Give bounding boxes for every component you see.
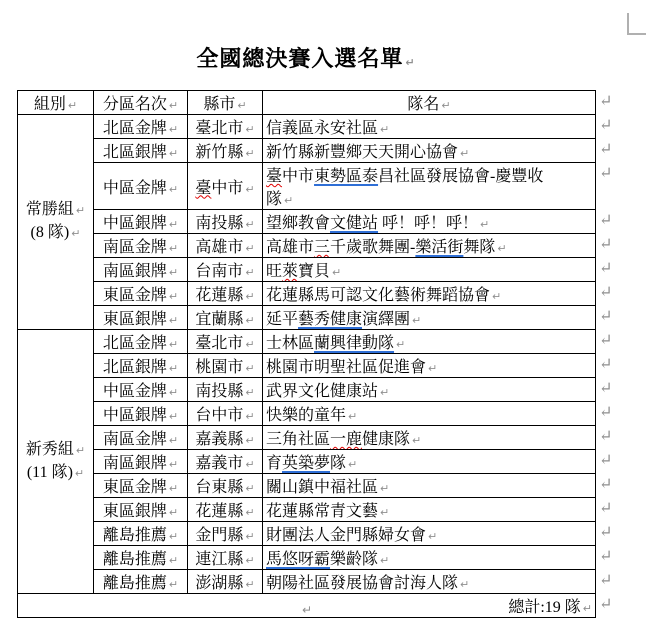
rank-cell[interactable]: 北區金牌↵	[94, 115, 188, 139]
cell-end-mark-icon: ↵	[284, 194, 293, 207]
text-run[interactable]: 連江縣	[195, 551, 243, 568]
cell-end-mark-icon: ↵	[348, 410, 357, 423]
cell-end-mark-icon: ↵	[245, 434, 254, 447]
cell-end-mark-icon: ↵	[380, 554, 389, 567]
team-cell[interactable]: 臺中市東勢區泰昌社區發展協會-慶豐收隊↵	[263, 163, 596, 210]
roster-table[interactable]: 組別↵分區名次↵縣市↵隊名↵↵常勝組↵(8 隊)↵北區金牌↵臺北市↵信義區永安社…	[17, 90, 640, 618]
rank-cell[interactable]: 北區金牌↵	[94, 330, 188, 354]
team-cell[interactable]: 高雄市三千歲歌舞團-樂活街舞隊↵	[263, 234, 596, 258]
table-row: 中區金牌↵臺中市↵臺中市東勢區泰昌社區發展協會-慶豐收隊↵↵	[18, 163, 640, 210]
group-label-line: (8 隊)↵	[21, 222, 90, 245]
rank-cell[interactable]: 北區銀牌↵	[94, 354, 188, 378]
row-end-mark-icon: ↵	[596, 402, 640, 426]
text-run[interactable]: 新竹縣新豐鄉天天開心協會	[266, 144, 458, 161]
text-run[interactable]: 延平	[266, 311, 298, 328]
text-run[interactable]: 千歲歌舞團-	[330, 239, 415, 256]
team-cell[interactable]: 延平藝秀健康演繹團↵	[263, 306, 596, 330]
paragraph-mark-icon: ↵	[405, 56, 415, 69]
rank-cell[interactable]: 離島推薦↵	[94, 546, 188, 570]
cell-end-mark-icon: ↵	[169, 218, 178, 231]
text-run[interactable]: 中市	[211, 180, 243, 197]
county-cell[interactable]: 臺中市↵	[188, 163, 263, 210]
page-title[interactable]: 全國總決賽入選名單↵	[17, 42, 595, 73]
text-run[interactable]: 高雄市	[266, 239, 314, 256]
text-run[interactable]: 台中市	[195, 407, 243, 424]
cell-end-mark-icon: ↵	[245, 290, 254, 303]
roster-table-body: 組別↵分區名次↵縣市↵隊名↵↵常勝組↵(8 隊)↵北區金牌↵臺北市↵信義區永安社…	[18, 91, 640, 618]
cell-end-mark-icon: ↵	[169, 434, 178, 447]
county-cell[interactable]: 臺北市↵	[188, 115, 263, 139]
text-run[interactable]: 中區銀牌	[103, 407, 167, 424]
header-label: 分區名次	[103, 96, 167, 113]
cell-end-mark-icon: ↵	[169, 242, 178, 255]
text-run[interactable]: 朝陽社區發展協會討海人隊	[266, 575, 458, 592]
table-row: 東區銀牌↵花蓮縣↵花蓮縣常青文藝↵↵	[18, 498, 640, 522]
county-cell[interactable]: 金門縣↵	[188, 522, 263, 546]
rank-cell[interactable]: 中區銀牌↵	[94, 402, 188, 426]
cell-end-mark-icon: ↵	[169, 506, 178, 519]
cell-end-mark-icon: ↵	[492, 290, 501, 303]
group-label-text[interactable]: 常勝組	[26, 201, 74, 218]
county-cell[interactable]: 南投縣↵	[188, 210, 263, 234]
text-run[interactable]: 嘉義市	[195, 455, 243, 472]
text-run[interactable]: 中區銀牌	[103, 215, 167, 232]
text-run[interactable]: 台南市	[195, 263, 243, 280]
cell-end-mark-icon: ↵	[245, 578, 254, 591]
cell-end-mark-icon: ↵	[169, 578, 178, 591]
text-run[interactable]: 財團法人金門縣婦女會	[266, 527, 426, 544]
text-run[interactable]: 嘉義縣	[195, 431, 243, 448]
cell-end-mark-icon: ↵	[169, 386, 178, 399]
text-run[interactable]: 金門縣	[195, 527, 243, 544]
text-run[interactable]: 南區銀牌	[103, 455, 167, 472]
county-cell[interactable]: 花蓮縣↵	[188, 498, 263, 522]
team-cell[interactable]: 花蓮縣馬可認文化藝術舞蹈協會↵	[263, 282, 596, 306]
rank-cell[interactable]: 中區銀牌↵	[94, 210, 188, 234]
group-cell[interactable]: 新秀組↵(11 隊)↵	[18, 330, 94, 594]
cell-end-mark-icon: ↵	[245, 554, 254, 567]
rank-cell[interactable]: 中區金牌↵	[94, 163, 188, 210]
text-run[interactable]: 東區銀牌	[103, 503, 167, 520]
cell-end-mark-icon: ↵	[380, 482, 389, 495]
county-cell[interactable]: 澎湖縣↵	[188, 570, 263, 594]
county-cell[interactable]: 臺北市↵	[188, 330, 263, 354]
team-cell[interactable]: 望鄉教會文健站 呼！呼！呼！↵	[263, 210, 596, 234]
header-cell-rank[interactable]: 分區名次↵	[94, 91, 188, 115]
table-row: 東區金牌↵花蓮縣↵花蓮縣馬可認文化藝術舞蹈協會↵↵	[18, 282, 640, 306]
header-label: 隊名	[407, 96, 439, 113]
team-cell[interactable]: 旺萊寶貝↵	[263, 258, 596, 282]
grammar-marked-text[interactable]: 藝秀健康	[298, 311, 362, 328]
header-cell-group[interactable]: 組別↵	[18, 91, 94, 115]
cell-end-mark-icon: ↵	[380, 386, 389, 399]
table-row: 中區金牌↵南投縣↵武界文化健康站↵↵	[18, 378, 640, 402]
team-cell[interactable]: 三角社區一鹿健康隊↵	[263, 426, 596, 450]
text-run[interactable]: 離島推薦	[103, 551, 167, 568]
row-end-mark-icon: ↵	[596, 163, 640, 210]
row-end-mark-icon: ↵	[596, 258, 640, 282]
text-run[interactable]: 宜蘭縣	[195, 311, 243, 328]
text-run[interactable]: 演繹團	[362, 311, 410, 328]
cell-end-mark-icon: ↵	[245, 386, 254, 399]
group-label-line: (11 隊)↵	[21, 462, 90, 485]
text-run[interactable]: 昌社區發展協會-慶豐收	[378, 168, 543, 185]
cell-end-mark-icon: ↵	[380, 506, 389, 519]
text-run[interactable]: 隊	[266, 191, 282, 208]
cell-end-mark-icon: ↵	[412, 314, 421, 327]
text-run[interactable]: 桃園市	[195, 359, 243, 376]
grammar-marked-text[interactable]: 英築夢	[282, 455, 330, 472]
text-run[interactable]: 寶貝	[298, 263, 330, 280]
text-run[interactable]: 臺北市	[195, 120, 243, 137]
rank-cell[interactable]: 離島推薦↵	[94, 570, 188, 594]
cell-end-mark-icon: ↵	[245, 506, 254, 519]
row-end-mark-icon: ↵	[596, 330, 640, 354]
county-cell[interactable]: 高雄市↵	[188, 234, 263, 258]
rank-cell[interactable]: 東區銀牌↵	[94, 306, 188, 330]
table-row: 南區金牌↵高雄市↵高雄市三千歲歌舞團-樂活街舞隊↵↵	[18, 234, 640, 258]
row-end-mark-icon: ↵	[596, 306, 640, 330]
text-run[interactable]: 桃園市明聖社區促進會	[266, 359, 426, 376]
header-cell-team[interactable]: 隊名↵	[263, 91, 596, 115]
county-cell[interactable]: 嘉義縣↵	[188, 426, 263, 450]
rank-cell[interactable]: 東區金牌↵	[94, 282, 188, 306]
spell-error-text[interactable]: 臺	[195, 180, 211, 197]
cell-end-mark-icon: ↵	[380, 123, 389, 136]
cell-end-mark-icon: ↵	[245, 362, 254, 375]
county-cell[interactable]: 桃園市↵	[188, 354, 263, 378]
cell-end-mark-icon: ↵	[169, 530, 178, 543]
team-cell[interactable]: 信義區永安社區↵	[263, 115, 596, 139]
cell-end-mark-icon: ↵	[245, 458, 254, 471]
table-row: 南區金牌↵嘉義縣↵三角社區一鹿健康隊↵↵	[18, 426, 640, 450]
county-cell[interactable]: 連江縣↵	[188, 546, 263, 570]
header-row: 組別↵分區名次↵縣市↵隊名↵↵	[18, 91, 640, 115]
cell-end-mark-icon: ↵	[332, 266, 341, 279]
text-run[interactable]: 澎湖縣	[195, 575, 243, 592]
header-label: 縣市	[203, 96, 235, 113]
cell-end-mark-icon: ↵	[71, 227, 80, 240]
county-cell[interactable]: 嘉義市↵	[188, 450, 263, 474]
cell-end-mark-icon: ↵	[169, 147, 178, 160]
text-run[interactable]: 中區金牌	[103, 180, 167, 197]
group-label-line: 常勝組↵	[21, 199, 90, 222]
text-boundary-corner-icon	[627, 13, 646, 35]
text-run[interactable]: 高雄市	[195, 239, 243, 256]
row-end-mark-icon: ↵	[596, 546, 640, 570]
row-end-mark-icon: ↵	[596, 426, 640, 450]
team-cell[interactable]: 桃園市明聖社區促進會↵	[263, 354, 596, 378]
text-run[interactable]: 育	[266, 455, 282, 472]
cell-end-mark-icon: ↵	[76, 204, 85, 217]
document-end-paragraph: ↵	[17, 601, 595, 619]
county-cell[interactable]: 花蓮縣↵	[188, 282, 263, 306]
row-end-mark-icon: ↵	[596, 378, 640, 402]
page-title-text[interactable]: 全國總決賽入選名單	[196, 46, 403, 71]
row-end-mark-icon: ↵	[596, 115, 640, 139]
row-end-mark-icon: ↵	[596, 570, 640, 594]
cell-end-mark-icon: ↵	[169, 99, 178, 112]
text-run[interactable]: 南投縣	[195, 383, 243, 400]
team-cell[interactable]: 馬悠呀霸樂齡隊↵	[263, 546, 596, 570]
text-run[interactable]: 樂齡隊	[330, 551, 378, 568]
text-run[interactable]: 東區金牌	[103, 287, 167, 304]
text-run[interactable]: 隊	[330, 455, 346, 472]
cell-end-mark-icon: ↵	[169, 482, 178, 495]
text-run[interactable]: 信義區永安社區	[266, 120, 378, 137]
rank-cell[interactable]: 東區銀牌↵	[94, 498, 188, 522]
table-row: 中區銀牌↵南投縣↵望鄉教會文健站 呼！呼！呼！↵↵	[18, 210, 640, 234]
text-run[interactable]: 健康隊	[362, 431, 410, 448]
row-end-mark-icon: ↵	[596, 139, 640, 163]
cell-end-mark-icon: ↵	[169, 183, 178, 196]
row-end-mark-icon: ↵	[596, 498, 640, 522]
grammar-marked-text[interactable]: 蘭興律動隊	[314, 335, 394, 352]
cell-end-mark-icon: ↵	[428, 362, 437, 375]
row-end-mark-icon: ↵	[596, 91, 640, 115]
cell-end-mark-icon: ↵	[412, 434, 421, 447]
rank-cell[interactable]: 南區金牌↵	[94, 234, 188, 258]
row-end-mark-icon: ↵	[596, 210, 640, 234]
text-run[interactable]: 快樂的童年	[266, 407, 346, 424]
cell-end-mark-icon: ↵	[480, 218, 489, 231]
table-row: 東區金牌↵台東縣↵關山鎮中福社區↵↵	[18, 474, 640, 498]
county-cell[interactable]: 南投縣↵	[188, 378, 263, 402]
text-run[interactable]: 北區銀牌	[103, 144, 167, 161]
text-run[interactable]: 呼！呼！呼！	[378, 215, 478, 232]
team-cell[interactable]: 關山鎮中福社區↵	[263, 474, 596, 498]
document-page[interactable]: 全國總決賽入選名單↵ 組別↵分區名次↵縣市↵隊名↵↵常勝組↵(8 隊)↵北區金牌…	[0, 0, 646, 626]
text-run[interactable]: 離島推薦	[103, 575, 167, 592]
cell-end-mark-icon: ↵	[348, 458, 357, 471]
grammar-marked-text[interactable]: 樂活街	[415, 239, 463, 256]
cell-end-mark-icon: ↵	[245, 242, 254, 255]
team-cell[interactable]: 快樂的童年↵	[263, 402, 596, 426]
text-run[interactable]: 南區金牌	[103, 239, 167, 256]
team-cell[interactable]: 朝陽社區發展協會討海人隊↵	[263, 570, 596, 594]
text-run[interactable]: 武界文化健康站	[266, 383, 378, 400]
grammar-marked-text[interactable]: 東勢區泰	[314, 168, 378, 185]
text-run[interactable]: 北區金牌	[103, 120, 167, 137]
table-row: 南區銀牌↵台南市↵旺萊寶貝↵↵	[18, 258, 640, 282]
cell-end-mark-icon: ↵	[237, 99, 246, 112]
cell-end-mark-icon: ↵	[441, 99, 450, 112]
table-row: 中區銀牌↵台中市↵快樂的童年↵↵	[18, 402, 640, 426]
county-cell[interactable]: 宜蘭縣↵	[188, 306, 263, 330]
team-cell[interactable]: 花蓮縣常青文藝↵	[263, 498, 596, 522]
cell-end-mark-icon: ↵	[169, 554, 178, 567]
cell-end-mark-icon: ↵	[245, 338, 254, 351]
cell-end-mark-icon: ↵	[245, 147, 254, 160]
text-run[interactable]: 花蓮縣常青文藝	[266, 503, 378, 520]
row-end-mark-icon: ↵	[596, 450, 640, 474]
row-end-mark-icon: ↵	[596, 354, 640, 378]
table-row: 北區銀牌↵桃園市↵桃園市明聖社區促進會↵↵	[18, 354, 640, 378]
cell-end-mark-icon: ↵	[497, 242, 506, 255]
text-run[interactable]: 離島推薦	[103, 527, 167, 544]
text-run[interactable]: 東區金牌	[103, 479, 167, 496]
text-run[interactable]: 旺	[266, 263, 282, 280]
spell-error-text[interactable]: 三	[314, 239, 330, 256]
paragraph-mark-icon: ↵	[302, 603, 312, 617]
grammar-marked-text[interactable]: 馬悠呀霸	[266, 551, 330, 568]
group-label-text[interactable]: (11 隊)	[27, 464, 73, 481]
text-run[interactable]: 花蓮縣馬可認文化藝術舞蹈協會	[266, 287, 490, 304]
cell-end-mark-icon: ↵	[169, 290, 178, 303]
table-row: 東區銀牌↵宜蘭縣↵延平藝秀健康演繹團↵↵	[18, 306, 640, 330]
cell-end-mark-icon: ↵	[169, 338, 178, 351]
cell-end-mark-icon: ↵	[169, 362, 178, 375]
cell-end-mark-icon: ↵	[169, 410, 178, 423]
cell-end-mark-icon: ↵	[169, 314, 178, 327]
table-row: 南區銀牌↵嘉義市↵育英築夢隊↵↵	[18, 450, 640, 474]
cell-end-mark-icon: ↵	[76, 444, 85, 457]
cell-end-mark-icon: ↵	[460, 578, 469, 591]
cell-end-mark-icon: ↵	[245, 314, 254, 327]
cell-end-mark-icon: ↵	[245, 482, 254, 495]
text-run[interactable]: 南投縣	[195, 215, 243, 232]
group-cell[interactable]: 常勝組↵(8 隊)↵	[18, 115, 94, 330]
cell-end-mark-icon: ↵	[169, 123, 178, 136]
row-end-mark-icon: ↵	[596, 474, 640, 498]
text-run[interactable]: 花蓮縣	[195, 503, 243, 520]
group-label-text[interactable]: (8 隊)	[31, 224, 70, 241]
table-row: 北區銀牌↵新竹縣↵新竹縣新豐鄉天天開心協會↵↵	[18, 139, 640, 163]
row-end-mark-icon: ↵	[596, 522, 640, 546]
cell-end-mark-icon: ↵	[245, 218, 254, 231]
cell-end-mark-icon: ↵	[245, 530, 254, 543]
rank-cell[interactable]: 北區銀牌↵	[94, 139, 188, 163]
text-run[interactable]: 南區金牌	[103, 431, 167, 448]
text-run[interactable]: 東區銀牌	[103, 311, 167, 328]
header-label: 組別	[34, 96, 66, 113]
team-cell[interactable]: 財團法人金門縣婦女會↵	[263, 522, 596, 546]
cell-end-mark-icon: ↵	[460, 147, 469, 160]
text-run[interactable]: 舞隊	[463, 239, 495, 256]
team-cell[interactable]: 育英築夢隊↵	[263, 450, 596, 474]
rank-cell[interactable]: 離島推薦↵	[94, 522, 188, 546]
table-row: 離島推薦↵連江縣↵馬悠呀霸樂齡隊↵↵	[18, 546, 640, 570]
rank-cell[interactable]: 南區銀牌↵	[94, 450, 188, 474]
spell-error-text[interactable]: 臺	[266, 168, 282, 185]
team-cell[interactable]: 士林區蘭興律動隊↵	[263, 330, 596, 354]
cell-end-mark-icon: ↵	[245, 123, 254, 136]
team-cell[interactable]: 新竹縣新豐鄉天天開心協會↵	[263, 139, 596, 163]
cell-end-mark-icon: ↵	[75, 467, 84, 480]
text-run[interactable]: 關山鎮中福社區	[266, 479, 378, 496]
text-run[interactable]: 中區金牌	[103, 383, 167, 400]
text-run[interactable]: 花蓮縣	[195, 287, 243, 304]
text-run[interactable]: 北區銀牌	[103, 359, 167, 376]
text-run[interactable]: 望鄉教會	[266, 215, 330, 232]
text-run[interactable]: 台東縣	[195, 479, 243, 496]
rank-cell[interactable]: 南區金牌↵	[94, 426, 188, 450]
table-row: 新秀組↵(11 隊)↵北區金牌↵臺北市↵士林區蘭興律動隊↵↵	[18, 330, 640, 354]
row-end-mark-icon: ↵	[596, 282, 640, 306]
text-run[interactable]: 新竹縣	[195, 144, 243, 161]
row-end-mark-icon: ↵	[596, 594, 640, 618]
cell-end-mark-icon: ↵	[169, 266, 178, 279]
cell-end-mark-icon: ↵	[396, 338, 405, 351]
rank-cell[interactable]: 中區金牌↵	[94, 378, 188, 402]
county-cell[interactable]: 台東縣↵	[188, 474, 263, 498]
county-cell[interactable]: 台中市↵	[188, 402, 263, 426]
group-label-line: 新秀組↵	[21, 439, 90, 462]
county-cell[interactable]: 新竹縣↵	[188, 139, 263, 163]
table-row: 離島推薦↵澎湖縣↵朝陽社區發展協會討海人隊↵↵	[18, 570, 640, 594]
cell-end-mark-icon: ↵	[245, 266, 254, 279]
spell-error-text[interactable]: 一鹿	[330, 431, 362, 448]
row-end-mark-icon: ↵	[596, 234, 640, 258]
cell-end-mark-icon: ↵	[245, 410, 254, 423]
group-label-text[interactable]: 新秀組	[26, 441, 74, 458]
text-run[interactable]: 臺北市	[195, 335, 243, 352]
header-cell-county[interactable]: 縣市↵	[188, 91, 263, 115]
text-run[interactable]: 南區銀牌	[103, 263, 167, 280]
text-run[interactable]: 中市	[282, 168, 314, 185]
grammar-marked-text[interactable]: 文健站	[330, 215, 378, 232]
text-run[interactable]: 士林區	[266, 335, 314, 352]
cell-end-mark-icon: ↵	[68, 99, 77, 112]
text-run[interactable]: 北區金牌	[103, 335, 167, 352]
county-cell[interactable]: 台南市↵	[188, 258, 263, 282]
cell-end-mark-icon: ↵	[245, 183, 254, 196]
table-row: 常勝組↵(8 隊)↵北區金牌↵臺北市↵信義區永安社區↵↵	[18, 115, 640, 139]
spell-error-text[interactable]: 萊	[282, 263, 298, 280]
text-run[interactable]: 三角社區	[266, 431, 330, 448]
rank-cell[interactable]: 東區金牌↵	[94, 474, 188, 498]
cell-end-mark-icon: ↵	[428, 530, 437, 543]
team-cell[interactable]: 武界文化健康站↵	[263, 378, 596, 402]
rank-cell[interactable]: 南區銀牌↵	[94, 258, 188, 282]
table-row: 離島推薦↵金門縣↵財團法人金門縣婦女會↵↵	[18, 522, 640, 546]
cell-end-mark-icon: ↵	[169, 458, 178, 471]
